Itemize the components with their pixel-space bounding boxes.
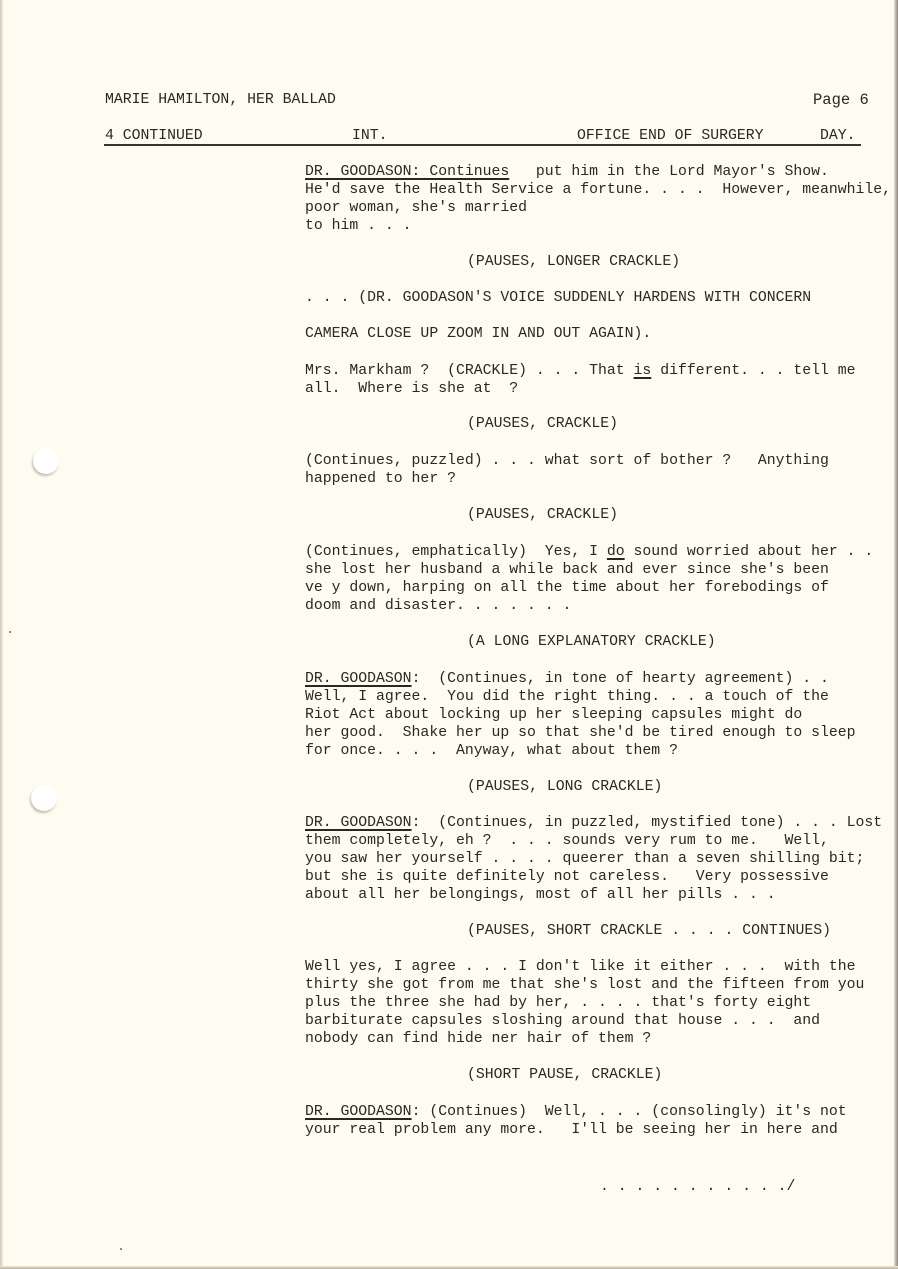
emphasis-text: is xyxy=(634,363,652,379)
dialogue-line: CAMERA CLOSE UP ZOOM IN AND OUT AGAIN). xyxy=(305,325,651,343)
stage-direction: (PAUSES, CRACKLE) xyxy=(467,415,618,433)
dialogue-line: your real problem any more. I'll be seei… xyxy=(305,1121,838,1139)
dialogue-text: Mrs. Markham ? (CRACKLE) . . . That xyxy=(305,363,634,379)
dialogue-line: plus the three she had by her, . . . . t… xyxy=(305,994,811,1012)
page-number: Page 6 xyxy=(813,91,869,109)
speaker-name: DR. GOODASON xyxy=(305,815,412,831)
page-right-edge xyxy=(894,0,898,1269)
dialogue-text: sound worried about her . . xyxy=(625,544,874,560)
dialogue-text: (Continues, emphatically) Yes, I xyxy=(305,544,607,560)
dialogue-line: barbiturate capsules sloshing around tha… xyxy=(305,1012,820,1030)
dialogue-line: Well, I agree. You did the right thing. … xyxy=(305,688,829,706)
dialogue-line: DR. GOODASON: (Continues, in tone of hea… xyxy=(305,670,829,688)
dialogue-text: : (Continues, in puzzled, mystified tone… xyxy=(412,815,883,831)
speaker-name: DR. GOODASON xyxy=(305,671,412,687)
page-left-edge xyxy=(0,0,3,1269)
dialogue-line: doom and disaster. . . . . . . xyxy=(305,597,571,615)
stage-direction: (A LONG EXPLANATORY CRACKLE) xyxy=(467,633,716,651)
stage-direction: (PAUSES, CRACKLE) xyxy=(467,506,618,524)
dialogue-line: you saw her yourself . . . . queerer tha… xyxy=(305,850,864,868)
speaker-name: DR. GOODASON: Continues xyxy=(305,164,509,180)
dialogue-text: put him in the Lord Mayor's Show. xyxy=(509,164,829,180)
stage-direction: (PAUSES, SHORT CRACKLE . . . . CONTINUES… xyxy=(467,922,831,940)
dialogue-line: but she is quite definitely not careless… xyxy=(305,868,829,886)
dialogue-line: thirty she got from me that she's lost a… xyxy=(305,976,864,994)
dialogue-line: (Continues, emphatically) Yes, I do soun… xyxy=(305,543,873,561)
dialogue-line: DR. GOODASON: (Continues, in puzzled, my… xyxy=(305,814,882,832)
dialogue-line: Mrs. Markham ? (CRACKLE) . . . That is d… xyxy=(305,362,856,380)
dialogue-text: : (Continues) Well, . . . (consolingly) … xyxy=(412,1104,847,1120)
stage-direction: (PAUSES, LONG CRACKLE) xyxy=(467,778,662,796)
continuation-mark: . . . . . . . . . . ./ xyxy=(600,1178,795,1196)
time-of-day: DAY. xyxy=(820,127,856,145)
script-title: MARIE HAMILTON, HER BALLAD xyxy=(105,91,336,109)
dialogue-line: she lost her husband a while back and ev… xyxy=(305,561,829,579)
paper-speck xyxy=(9,631,11,633)
dialogue-line: . . . (DR. GOODASON'S VOICE SUDDENLY HAR… xyxy=(305,289,811,307)
dialogue-line: He'd save the Health Service a fortune. … xyxy=(305,181,891,199)
dialogue-line: (Continues, puzzled) . . . what sort of … xyxy=(305,452,829,470)
dialogue-line: DR. GOODASON: Continues put him in the L… xyxy=(305,163,829,181)
stage-direction: (PAUSES, LONGER CRACKLE) xyxy=(467,253,680,271)
dialogue-line: Well yes, I agree . . . I don't like it … xyxy=(305,958,856,976)
scene-number: 4 CONTINUED xyxy=(105,127,203,145)
speaker-name: DR. GOODASON xyxy=(305,1104,412,1120)
script-page: MARIE HAMILTON, HER BALLAD Page 6 4 CONT… xyxy=(0,0,898,1269)
dialogue-line: Riot Act about locking up her sleeping c… xyxy=(305,706,802,724)
location-type: INT. xyxy=(352,127,388,145)
scene-location: OFFICE END OF SURGERY xyxy=(577,127,763,145)
dialogue-text: : (Continues, in tone of hearty agreemen… xyxy=(412,671,829,687)
stage-direction: (SHORT PAUSE, CRACKLE) xyxy=(467,1066,662,1084)
punch-hole-upper xyxy=(33,448,59,474)
dialogue-line: all. Where is she at ? xyxy=(305,380,518,398)
dialogue-line: nobody can find hide ner hair of them ? xyxy=(305,1030,651,1048)
dialogue-line: happened to her ? xyxy=(305,470,456,488)
dialogue-line: about all her belongings, most of all he… xyxy=(305,886,776,904)
dialogue-line: for once. . . . Anyway, what about them … xyxy=(305,742,678,760)
dialogue-line: DR. GOODASON: (Continues) Well, . . . (c… xyxy=(305,1103,847,1121)
emphasis-text: do xyxy=(607,544,625,560)
paper-speck xyxy=(120,1248,122,1250)
dialogue-line: them completely, eh ? . . . sounds very … xyxy=(305,832,829,850)
dialogue-line: poor woman, she's married xyxy=(305,199,527,217)
dialogue-line: ve y down, harping on all the time about… xyxy=(305,579,829,597)
dialogue-text: different. . . tell me xyxy=(651,363,855,379)
dialogue-line: her good. Shake her up so that she'd be … xyxy=(305,724,856,742)
header-divider xyxy=(104,144,861,146)
punch-hole-lower xyxy=(31,785,57,811)
dialogue-line: to him . . . xyxy=(305,217,412,235)
